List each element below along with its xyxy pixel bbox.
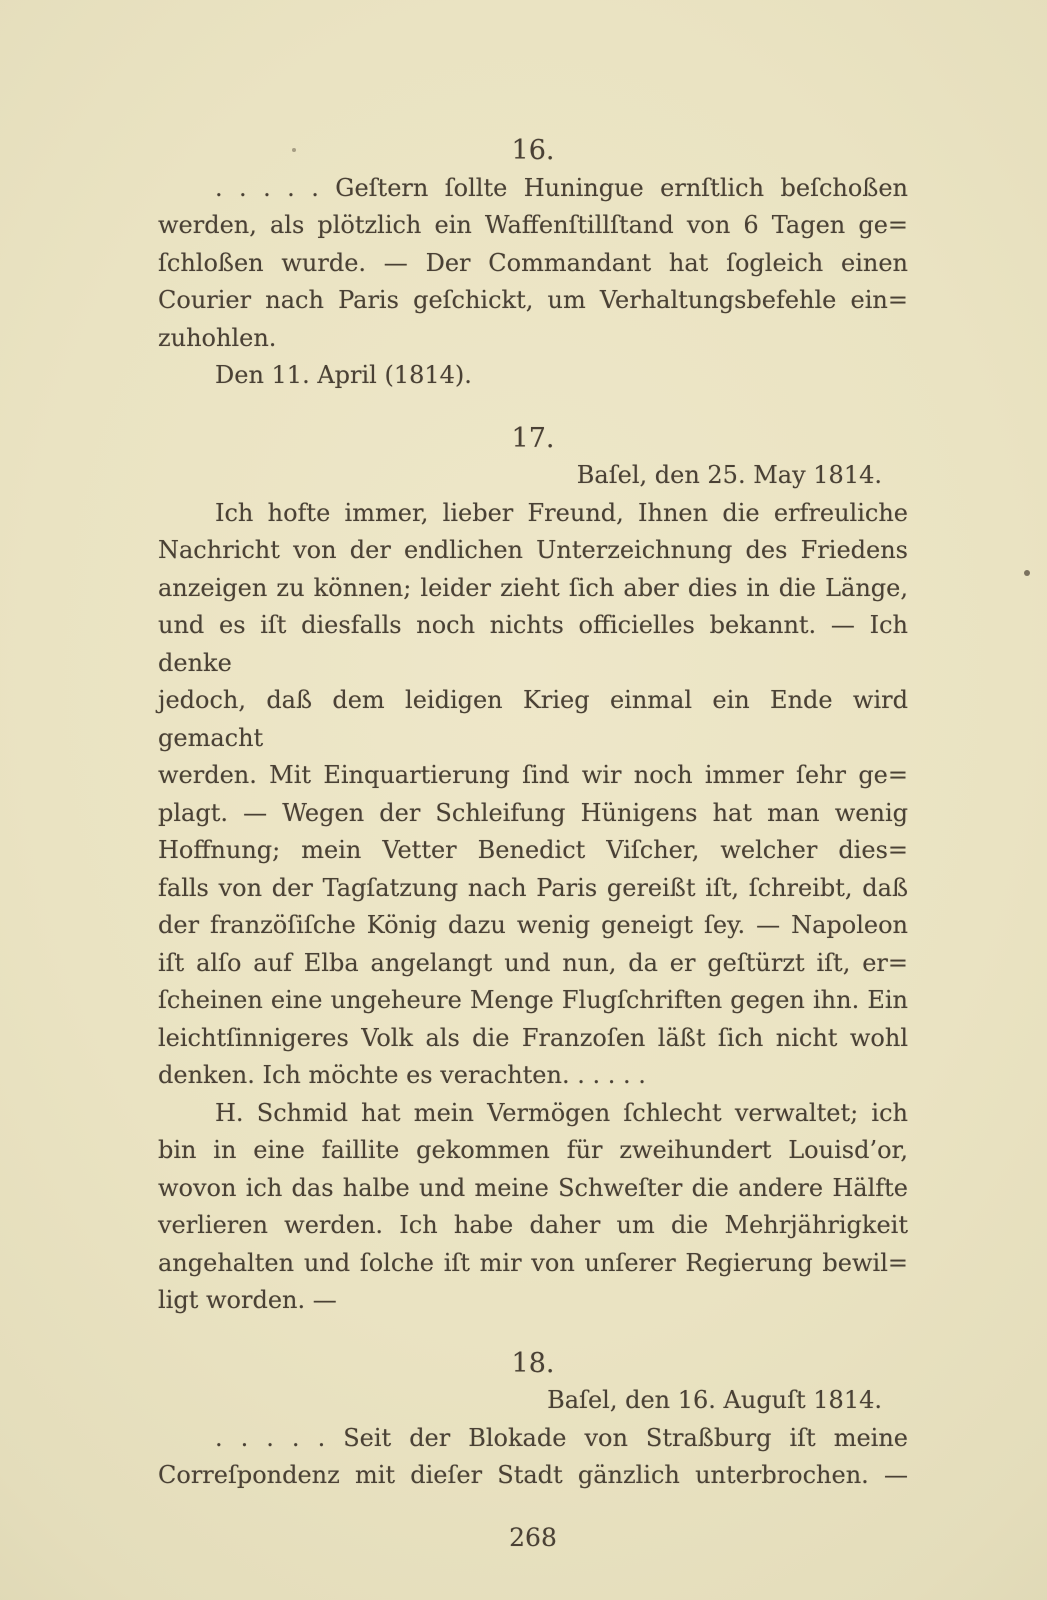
letter-16-dateline: Den 11. April (1814).	[158, 357, 908, 395]
text-line: Nachricht von der endlichen Unterzeichnu…	[158, 532, 908, 570]
text-line: plagt. — Wegen der Schleifung Hünigens h…	[158, 795, 908, 833]
text-line: zuhohlen.	[158, 320, 908, 358]
text-line: jedoch, daß dem leidigen Krieg einmal ei…	[158, 682, 908, 757]
text-line: falls von der Tagſatzung nach Paris gere…	[158, 870, 908, 908]
letter-18-dateline: Baſel, den 16. Auguſt 1814.	[158, 1382, 908, 1420]
text-line: bin in eine faillite gekommen für zweihu…	[158, 1132, 908, 1170]
text-line: und es iſt diesfalls noch nichts officie…	[158, 607, 908, 682]
scanned-book-page: 16.. . . . . Geſtern ſollte Huningue ern…	[0, 0, 1047, 1600]
letter-17-dateline: Baſel, den 25. May 1814.	[158, 457, 908, 495]
page-number: 268	[158, 1519, 908, 1557]
text-line: . . . . . Seit der Blokade von Straßburg…	[158, 1420, 908, 1458]
text-line: verlieren werden. Ich habe daher um die …	[158, 1207, 908, 1245]
text-line: Hoffnung; mein Vetter Benedict Viſcher, …	[158, 832, 908, 870]
text-line: H. Schmid hat mein Vermögen ſchlecht ver…	[158, 1095, 908, 1133]
text-line: iſt alſo auf Elba angelangt und nun, da …	[158, 945, 908, 983]
text-line: Ich hofte immer, lieber Freund, Ihnen di…	[158, 495, 908, 533]
text-line: ſchloßen wurde. — Der Commandant hat ſog…	[158, 245, 908, 283]
text-line: . . . . . Geſtern ſollte Huningue ernſtl…	[158, 170, 908, 208]
text-line: werden, als plötzlich ein Waffenſtillſta…	[158, 207, 908, 245]
letter-17-heading: 17.	[158, 420, 908, 458]
letter-18-heading: 18.	[158, 1345, 908, 1383]
text-line: der franzöſiſche König dazu wenig geneig…	[158, 907, 908, 945]
text-line: anzeigen zu können; leider zieht ſich ab…	[158, 570, 908, 608]
scan-speck	[1024, 570, 1030, 576]
text-line: denken. Ich möchte es verachten. . . . .…	[158, 1057, 908, 1095]
text-line: Correſpondenz mit dieſer Stadt gänzlich …	[158, 1457, 908, 1495]
text-line: werden. Mit Einquartierung ſind wir noch…	[158, 757, 908, 795]
text-line: leichtſinnigeres Volk als die Franzoſen …	[158, 1020, 908, 1058]
letter-16-heading: 16.	[158, 132, 908, 170]
text-block: 16.. . . . . Geſtern ſollte Huningue ern…	[158, 132, 908, 1556]
text-line: angehalten und ſolche iſt mir von unſere…	[158, 1245, 908, 1283]
text-line: wovon ich das halbe und meine Schweſter …	[158, 1170, 908, 1208]
text-line: ſcheinen eine ungeheure Menge Flugſchrif…	[158, 982, 908, 1020]
text-line: Courier nach Paris geſchickt, um Verhalt…	[158, 282, 908, 320]
text-line: ligt worden. —	[158, 1282, 908, 1320]
